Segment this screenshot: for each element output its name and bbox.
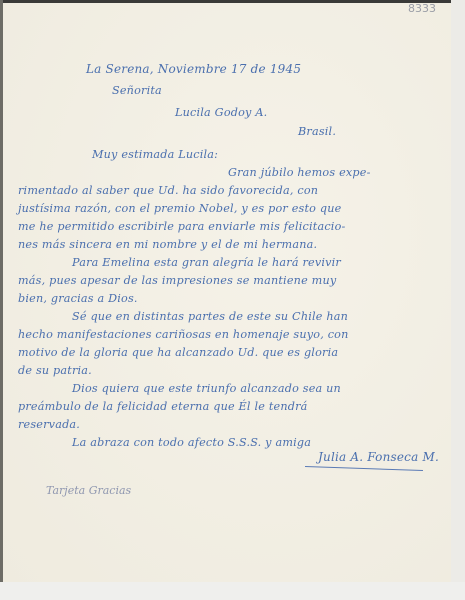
addressee-country: Brasil. — [298, 125, 336, 138]
addressee-title: Señorita — [112, 84, 162, 97]
body-line: reservada. — [18, 418, 80, 431]
body-line: Para Emelina esta gran alegría le hará r… — [72, 256, 341, 269]
body-line: nes más sincera en mi nombre y el de mi … — [18, 238, 317, 251]
body-line: justísima razón, con el premio Nobel, y … — [18, 202, 341, 215]
scan-top-border — [0, 0, 465, 3]
body-line: de su patria. — [18, 364, 92, 377]
closing-line: La abraza con todo afecto S.S.S. y amiga — [72, 436, 311, 449]
body-line: hecho manifestaciones cariñosas en homen… — [18, 328, 349, 341]
body-line: bien, gracias a Dios. — [18, 292, 138, 305]
scan-right-margin — [451, 0, 465, 600]
body-line: Dios quiera que este triunfo alcanzado s… — [72, 382, 341, 395]
body-line: preámbulo de la felicidad eterna que Él … — [18, 400, 308, 413]
scan-left-border — [0, 0, 3, 600]
body-line: rimentado al saber que Ud. ha sido favor… — [18, 184, 318, 197]
body-line: más, pues apesar de las impresiones se m… — [18, 274, 336, 287]
scan-bottom-margin — [0, 582, 465, 600]
body-line: motivo de la gloria que ha alcanzado Ud.… — [18, 346, 338, 359]
body-line: Gran júbilo hemos expe- — [228, 166, 371, 179]
pencil-annotation: Tarjeta Gracias — [46, 484, 131, 497]
addressee-name: Lucila Godoy A. — [175, 106, 267, 119]
place-date: La Serena, Noviembre 17 de 1945 — [86, 62, 301, 76]
salutation: Muy estimada Lucila: — [92, 148, 218, 161]
archive-number: 8333 — [408, 2, 436, 15]
body-line: me he permitido escribirle para enviarle… — [18, 220, 345, 233]
body-line: Sé que en distintas partes de este su Ch… — [72, 310, 348, 323]
signature: Julia A. Fonseca M. — [318, 450, 439, 464]
